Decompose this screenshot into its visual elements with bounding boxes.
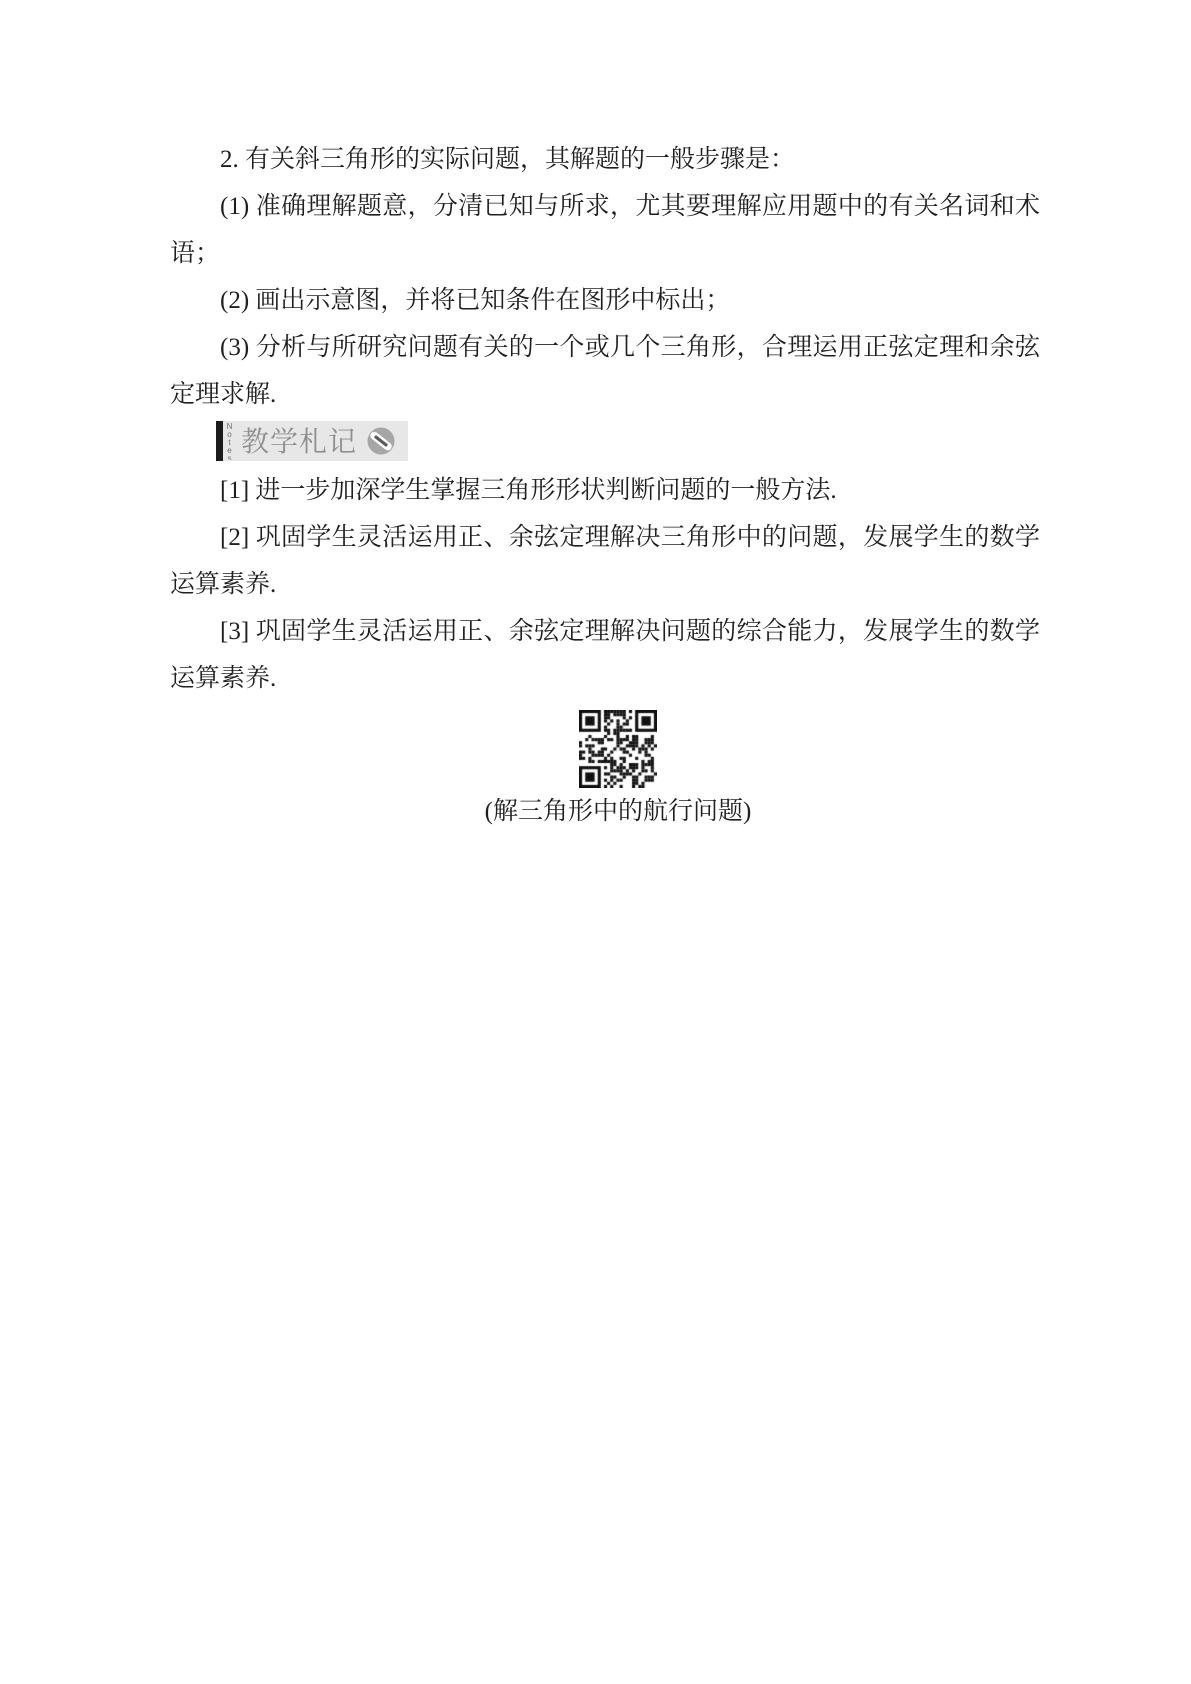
notes-banner-bar: [216, 421, 223, 461]
notes-banner-title: 教学札记: [241, 418, 357, 465]
pen-circle-icon: [366, 426, 396, 456]
paragraph-step-2: (2) 画出示意图，并将已知条件在图形中标出；: [170, 277, 1040, 324]
qr-caption: (解三角形中的航行问题): [183, 788, 1053, 835]
notes-banner: Notes 教学札记: [216, 421, 408, 461]
document-body: 2. 有关斜三角形的实际问题，其解题的一般步骤是： (1) 准确理解题意，分清已…: [170, 136, 1040, 835]
qr-code: [579, 710, 657, 788]
document-page: 2. 有关斜三角形的实际问题，其解题的一般步骤是： (1) 准确理解题意，分清已…: [0, 0, 1191, 1684]
notes-vertical-label: Notes: [224, 422, 234, 460]
paragraph-step-3: (3) 分析与所研究问题有关的一个或几个三角形，合理运用正弦定理和余弦定理求解.: [170, 324, 1040, 418]
qr-block: (解三角形中的航行问题): [183, 710, 1053, 835]
paragraph-step-1: (1) 准确理解题意，分清已知与所求，尤其要理解应用题中的有关名词和术语；: [170, 183, 1040, 277]
paragraph-step-overview: 2. 有关斜三角形的实际问题，其解题的一般步骤是：: [170, 136, 1040, 183]
note-item-3: [3] 巩固学生灵活运用正、余弦定理解决问题的综合能力，发展学生的数学运算素养.: [170, 608, 1040, 702]
note-item-1: [1] 进一步加深学生掌握三角形形状判断问题的一般方法.: [170, 467, 1040, 514]
note-item-2: [2] 巩固学生灵活运用正、余弦定理解决三角形中的问题，发展学生的数学运算素养.: [170, 514, 1040, 608]
